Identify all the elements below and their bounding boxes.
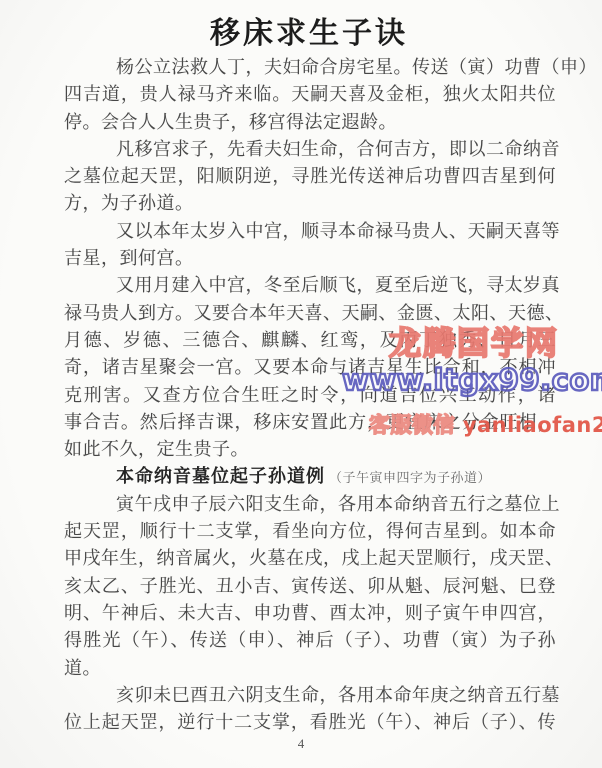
text-line: 亥卯未巳酉丑六阴支生命，各用本命年庚之纳音五行墓 <box>64 682 556 709</box>
text-line: 事合吉。然后择吉课，移床安置此方，更宜床之分金旺相， <box>64 409 556 436</box>
text-line: 甲戌年生，纳音属火，火墓在戌，戌上起天罡顺行，戌天罡、 <box>64 545 556 572</box>
document-body: 杨公立法救人丁，夫妇命合房宅星。传送（寅）功曹（申）四吉道，贵人禄马齐来临。天嗣… <box>64 54 556 736</box>
text-line: 凡移宫求子，先看夫妇生命，合何吉方，即以二命纳音 <box>64 136 556 163</box>
text-line: 克刑害。又查方位合生旺之时令，向道吉位兴工动作，诸 <box>64 382 556 409</box>
section-heading-note: （子午寅申四字为子孙道） <box>329 470 491 485</box>
text-line: 如此不久，定生贵子。 <box>64 436 556 463</box>
scanned-document-page: 移床求生子诀 杨公立法救人丁，夫妇命合房宅星。传送（寅）功曹（申）四吉道，贵人禄… <box>0 0 602 768</box>
text-line: 之墓位起天罡，阳顺阴逆，寻胜光传送神后功曹四吉星到何 <box>64 163 556 190</box>
text-line: 四吉道，贵人禄马齐来临。天嗣天喜及金柜，独火太阳共位 <box>64 81 556 108</box>
text-line: 月德、岁德、三德合、麒麟、红鸾，及丙丁独秀、日月三 <box>64 327 556 354</box>
text-line: 寅午戌申子辰六阳支生命，各用本命纳音五行之墓位上 <box>64 491 556 518</box>
text-line: 方，为子孙道。 <box>64 190 556 217</box>
page-number: 4 <box>0 736 602 752</box>
text-line: 杨公立法救人丁，夫妇命合房宅星。传送（寅）功曹（申） <box>64 54 556 81</box>
text-line: 明、午神后、未大吉、申功曹、酉太冲，则子寅午申四宫， <box>64 600 556 627</box>
text-line: 亥太乙、子胜光、丑小吉、寅传送、卯从魁、辰河魁、巳登 <box>64 573 556 600</box>
text-line: 奇，诸吉星聚会一宫。又要本命与诸吉星生比合和，不相冲 <box>64 354 556 381</box>
text-line: 道。 <box>64 655 556 682</box>
text-line: 停。会合人人生贵子，移宫得法定遐龄。 <box>64 109 556 136</box>
section-heading: 本命纳音墓位起子孙道例（子午寅申四字为子孙道） <box>64 463 556 490</box>
text-line: 得胜光（午）、传送（申）、神后（子）、功曹（寅）为子孙 <box>64 627 556 654</box>
text-line: 禄马贵人到方。又要合本年天喜、天嗣、金匮、太阳、天德、 <box>64 300 556 327</box>
page-title: 移床求生子诀 <box>8 8 602 52</box>
text-line: 起天罡，顺行十二支掌，看坐向方位，得何吉星到。如本命 <box>64 518 556 545</box>
text-line: 又以本年太岁入中宫，顺寻本命禄马贵人、天嗣天喜等 <box>64 218 556 245</box>
text-line: 吉星，到何宫。 <box>64 245 556 272</box>
text-line: 又用月建入中宫，冬至后顺飞，夏至后逆飞，寻太岁真 <box>64 272 556 299</box>
text-line: 位上起天罡，逆行十二支掌，看胜光（午）、神后（子）、传 <box>64 709 556 736</box>
section-heading-text: 本命纳音墓位起子孙道例 <box>116 466 325 486</box>
